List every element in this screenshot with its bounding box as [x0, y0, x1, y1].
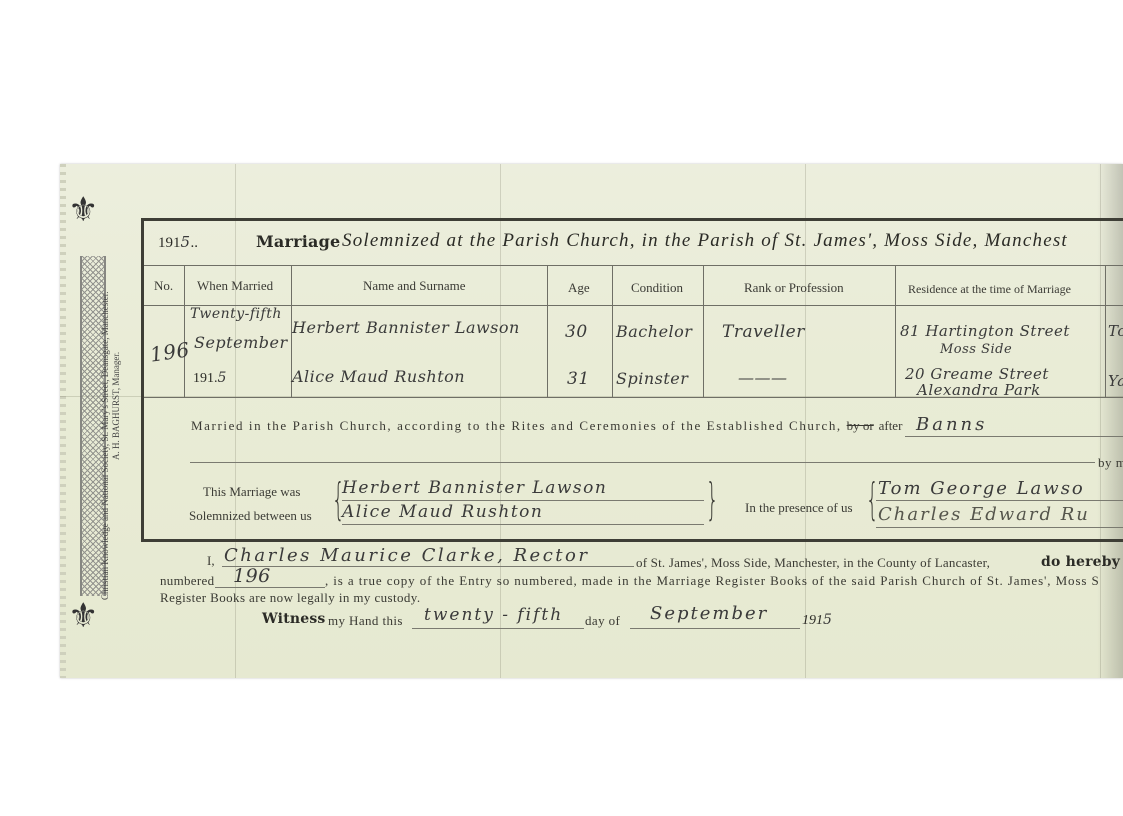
rule [895, 265, 896, 397]
year-dots: .. [191, 235, 199, 251]
header-year: 1915.. [158, 233, 198, 252]
entry-year-printed: 191 [193, 371, 214, 386]
col-header-condition: Condition [631, 280, 683, 296]
cert-year-printed: 191 [802, 613, 823, 628]
cert-line-1: of St. James', Moss Side, Manchester, in… [636, 555, 990, 571]
presence-label: In the presence of us [745, 500, 853, 516]
year-printed: 191 [158, 235, 181, 251]
day-handwritten: twenty - fifth [424, 605, 563, 625]
groom-residence-area: Moss Side [940, 342, 1012, 357]
cert-line-3: Register Books are now legally in my cus… [160, 590, 421, 606]
month-underline [630, 628, 800, 629]
banns-handwritten: Banns [916, 414, 987, 435]
bride-age: 31 [567, 369, 590, 389]
numbered-underline [215, 587, 325, 588]
fleur-ornament-bottom-icon: ⚜ [68, 600, 98, 634]
rule [703, 265, 704, 397]
printer-line-1: Christian Knowledge and National Society… [100, 292, 111, 600]
bride-profession: ——— [738, 368, 788, 387]
entry-day: Twenty-fifth [190, 306, 282, 322]
col-header-age: Age [568, 280, 590, 296]
bride-signature: Alice Maud Rushton [342, 502, 543, 522]
do-hereby: do hereby C [1041, 554, 1123, 570]
fleur-ornament-top-icon: ⚜ [68, 194, 98, 228]
rector-name: Charles Maurice Clarke, Rector [224, 545, 589, 566]
witness-2-signature: Charles Edward Ru [878, 504, 1090, 525]
rule [612, 265, 613, 397]
blank-line [190, 462, 1095, 463]
married-in-text: Married in the Parish Church, according … [191, 418, 842, 433]
witness-1-signature: Tom George Lawso [878, 478, 1085, 499]
struck-by-or: by or [847, 418, 874, 433]
right-brace: } [706, 474, 719, 525]
signature-line [876, 527, 1123, 528]
title-solemnized: Solemnized at the Parish Church, in the … [342, 230, 1068, 252]
cert-year-hand: 5 [823, 612, 832, 628]
i-prefix: I, [207, 553, 215, 569]
col-header-name: Name and Surname [363, 278, 466, 294]
month-handwritten: September [650, 603, 768, 624]
married-in-line: Married in the Parish Church, according … [191, 418, 902, 434]
cert-line-2: , is a true copy of the Entry so numbere… [325, 573, 1100, 589]
solemnized-between-label: Solemnized between us [189, 508, 312, 524]
year-handwritten: 5 [181, 233, 191, 251]
groom-name: Herbert Bannister Lawson [292, 318, 520, 337]
signature-line [342, 524, 704, 525]
col-header-profession: Rank or Profession [744, 280, 844, 296]
printer-imprint: Christian Knowledge and National Society… [100, 292, 122, 600]
numbered-label: numbered [160, 573, 214, 589]
printer-line-2: A. H. BAGHURST, Manager. [111, 292, 122, 600]
groom-condition: Bachelor [616, 322, 692, 341]
groom-profession: Traveller [722, 322, 805, 342]
rector-underline [222, 566, 634, 567]
entry-month: September [194, 333, 288, 352]
groom-residence-street: 81 Hartington Street [900, 322, 1070, 340]
this-marriage-was-label: This Marriage was [203, 484, 300, 500]
witness-word: Witness [262, 611, 326, 627]
col-header-when-married: When Married [197, 278, 273, 294]
col-header-residence: Residence at the time of Marriage [908, 282, 1071, 297]
after-text: after [879, 418, 903, 433]
groom-overflow: To [1108, 322, 1123, 340]
by-text: by m [1098, 455, 1123, 471]
col-header-no: No. [154, 278, 173, 294]
bride-residence-area: Alexandra Park [917, 381, 1041, 399]
signature-line [342, 500, 704, 501]
signature-line [876, 500, 1123, 501]
witness-my-hand: my Hand this [328, 613, 403, 629]
bride-overflow: Ya [1108, 372, 1123, 390]
title-marriage: Marriage [256, 232, 340, 251]
groom-signature: Herbert Bannister Lawson [342, 478, 607, 498]
cert-year: 1915 [802, 612, 832, 629]
rule [547, 265, 548, 397]
entry-year: 191.5 [193, 370, 227, 387]
rule [184, 265, 185, 397]
rule [1105, 265, 1106, 397]
banns-underline [905, 436, 1123, 437]
day-underline [412, 628, 584, 629]
bride-condition: Spinster [616, 369, 688, 388]
groom-age: 30 [565, 322, 588, 342]
entry-year-hand: 5 [218, 370, 227, 386]
day-of-label: day of [585, 613, 620, 629]
numbered-value: 196 [233, 565, 271, 587]
bride-name: Alice Maud Rushton [292, 367, 465, 386]
